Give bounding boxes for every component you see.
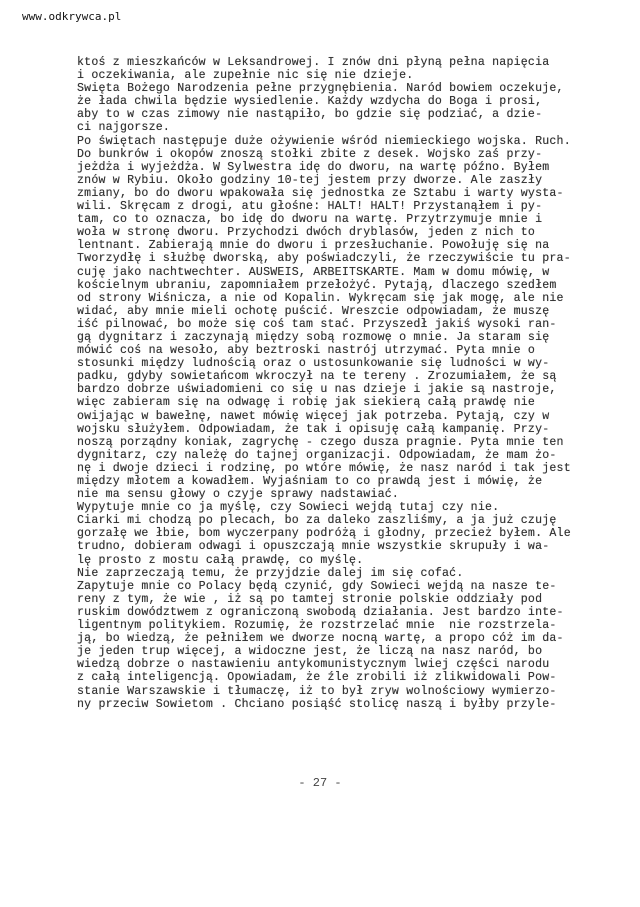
text-line: reny z tym, że wie , iż są po tamtej str… (77, 593, 637, 606)
text-line: gą dygnitarz i zaczynają między sobą roz… (77, 331, 637, 344)
text-line: stosunki między ludnością oraz o ustosun… (77, 357, 637, 370)
text-line: i oczekiwania, ale zupełnie nic się nie … (77, 69, 637, 82)
text-line: znów w Rybiu. Około godziny 10-tej jeste… (77, 174, 637, 187)
text-line: między młotem a kowadłem. Wyjaśniam to c… (77, 475, 637, 488)
text-line: owijając w bawełnę, nawet mówię więcej j… (77, 410, 637, 423)
site-watermark: www.odkrywca.pl (22, 10, 121, 23)
text-line: ruskim dowództwem z ograniczoną swobodą … (77, 606, 637, 619)
text-line: zmiany, bo do dworu wpakowała się jednos… (77, 187, 637, 200)
text-line: trudno, dobieram odwagi i opuszczają mni… (77, 540, 637, 553)
text-line: nie ma sensu głowy o czyje sprawy nadsta… (77, 488, 637, 501)
text-line: tam, co to oznacza, bo idę do dworu na w… (77, 213, 637, 226)
text-line: od strony Wiśnicza, a nie od Kopalin. Wy… (77, 292, 637, 305)
text-line: je jeden trup więcej, a widoczne jest, ż… (77, 645, 637, 658)
text-line: wiedzą dobrze o nastawieniu antykomunist… (77, 658, 637, 671)
text-line: że łada chwila będzie wysiedlenie. Każdy… (77, 95, 637, 108)
text-line: Wypytuje mnie co ja myślę, czy Sowieci w… (77, 501, 637, 514)
text-line: aby to w czas zimowy nie nastąpiło, bo g… (77, 108, 637, 121)
text-line: Do bunkrów i okopów znoszą stołki zbite … (77, 148, 637, 161)
text-line: jeżdża i wyjeżdża. W Sylwestra idę do dw… (77, 161, 637, 174)
text-line: więc zabieram się na odwagę i robię jak … (77, 396, 637, 409)
text-line: ktoś z mieszkańców w Leksandrowej. I znó… (77, 56, 637, 69)
text-line: noszą porządny koniak, zagrychę - czego … (77, 436, 637, 449)
text-line: ny przeciw Sowietom . Chciano posiąść st… (77, 698, 637, 711)
text-line: widać, aby mnie mieli ochotę puścić. Wre… (77, 305, 637, 318)
text-line: stanie Warszawskie i tłumaczę, iż to był… (77, 685, 637, 698)
page-number: - 27 - (0, 776, 640, 790)
text-line: lę prosto z mostu całą prawdę, co myślę. (77, 554, 637, 567)
text-line: ci najgorsze. (77, 121, 637, 134)
text-line: lentnant. Zabierają mnie do dworu i prze… (77, 239, 637, 252)
text-line: Tworzydłę i służbę dworską, aby poświadc… (77, 252, 637, 265)
text-line: cuję jako nachtwechter. AUSWEIS, ARBEITS… (77, 266, 637, 279)
text-line: bardzo dobrze uświadomieni co się u nas … (77, 383, 637, 396)
text-line: mówić coś na wesoło, aby beztroski nastr… (77, 344, 637, 357)
text-line: dygnitarz, czy należę do tajnej organiza… (77, 449, 637, 462)
typewritten-text-body: ktoś z mieszkańców w Leksandrowej. I znó… (77, 56, 637, 711)
text-line: Swięta Bożego Narodzenia pełne przygnębi… (77, 82, 637, 95)
text-line: ligentnym politykiem. Rozumię, że rozstr… (77, 619, 637, 632)
text-line: gorzałę we łbie, bom wyczerpany podróżą … (77, 527, 637, 540)
text-line: Ciarki mi chodzą po plecach, bo za dalek… (77, 514, 637, 527)
text-line: Zapytuje mnie co Polacy będą czynić, gdy… (77, 580, 637, 593)
text-line: nę i dwoje dzieci i rodzinę, po wtóre mó… (77, 462, 637, 475)
text-line: Nie zaprzeczają temu, że przyjdzie dalej… (77, 567, 637, 580)
text-line: Po świętach następuje duże ożywienie wśr… (77, 135, 637, 148)
text-line: padku, gdyby sowietańcom wkroczył na te … (77, 370, 637, 383)
text-line: wojsku służyłem. Odpowiadam, że tak i op… (77, 423, 637, 436)
text-line: z całą inteligencją. Opowiadam, że źle z… (77, 671, 637, 684)
text-line: ją, bo wiedzą, że pełniłem we dworze noc… (77, 632, 637, 645)
text-line: wili. Skręcam z drogi, atu głośne: HALT!… (77, 200, 637, 213)
text-line: woła w stronę dworu. Przychodzi dwóch dr… (77, 226, 637, 239)
text-line: iść pilnować, bo może się coś tam stać. … (77, 318, 637, 331)
text-line: kościelnym ubraniu, zapomniałem przełoży… (77, 279, 637, 292)
